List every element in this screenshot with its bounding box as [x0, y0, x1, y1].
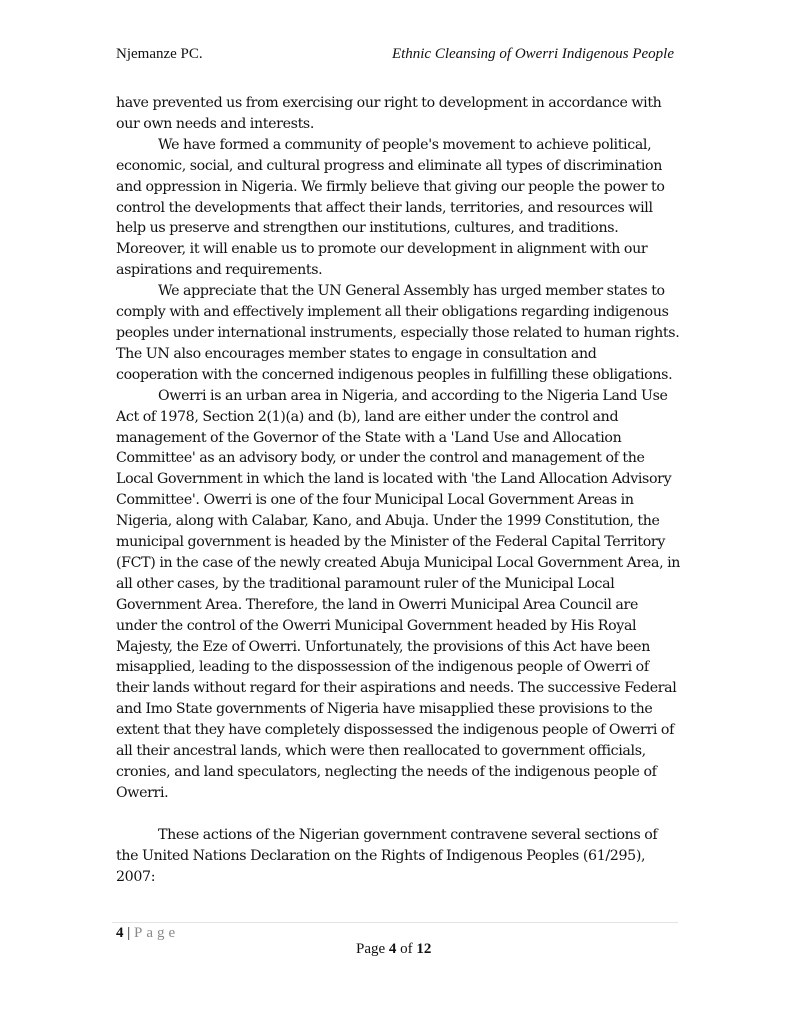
page-header: Njemanze PC. Ethnic Cleansing of Owerri …	[116, 46, 674, 68]
header-author: Njemanze PC.	[116, 46, 203, 63]
page-count-current: 4	[389, 941, 397, 957]
paragraph-land-use-act: Owerri is an urban area in Nigeria, and …	[116, 386, 682, 804]
paragraph-un-general-assembly: We appreciate that the UN General Assemb…	[116, 281, 682, 386]
footer-page-number: 4	[116, 925, 124, 941]
footer-separator: |	[127, 925, 130, 941]
paragraph-undrip: These actions of the Nigerian government…	[116, 825, 682, 888]
footer-page-word: Page	[134, 925, 179, 941]
document-body: have prevented us from exercising our ri…	[116, 93, 682, 888]
page-count-indicator: Page 4 of 12	[356, 941, 431, 958]
footer-page-label: 4 | Page	[116, 925, 179, 942]
page-count-of: of	[400, 941, 413, 957]
paragraph-continuation: have prevented us from exercising our ri…	[116, 93, 682, 135]
header-title: Ethnic Cleansing of Owerri Indigenous Pe…	[392, 46, 674, 63]
page-count-total: 12	[416, 941, 431, 957]
paragraph-community-movement: We have formed a community of people's m…	[116, 135, 682, 281]
page-count-prefix: Page	[356, 941, 385, 957]
footer-divider	[112, 922, 678, 923]
